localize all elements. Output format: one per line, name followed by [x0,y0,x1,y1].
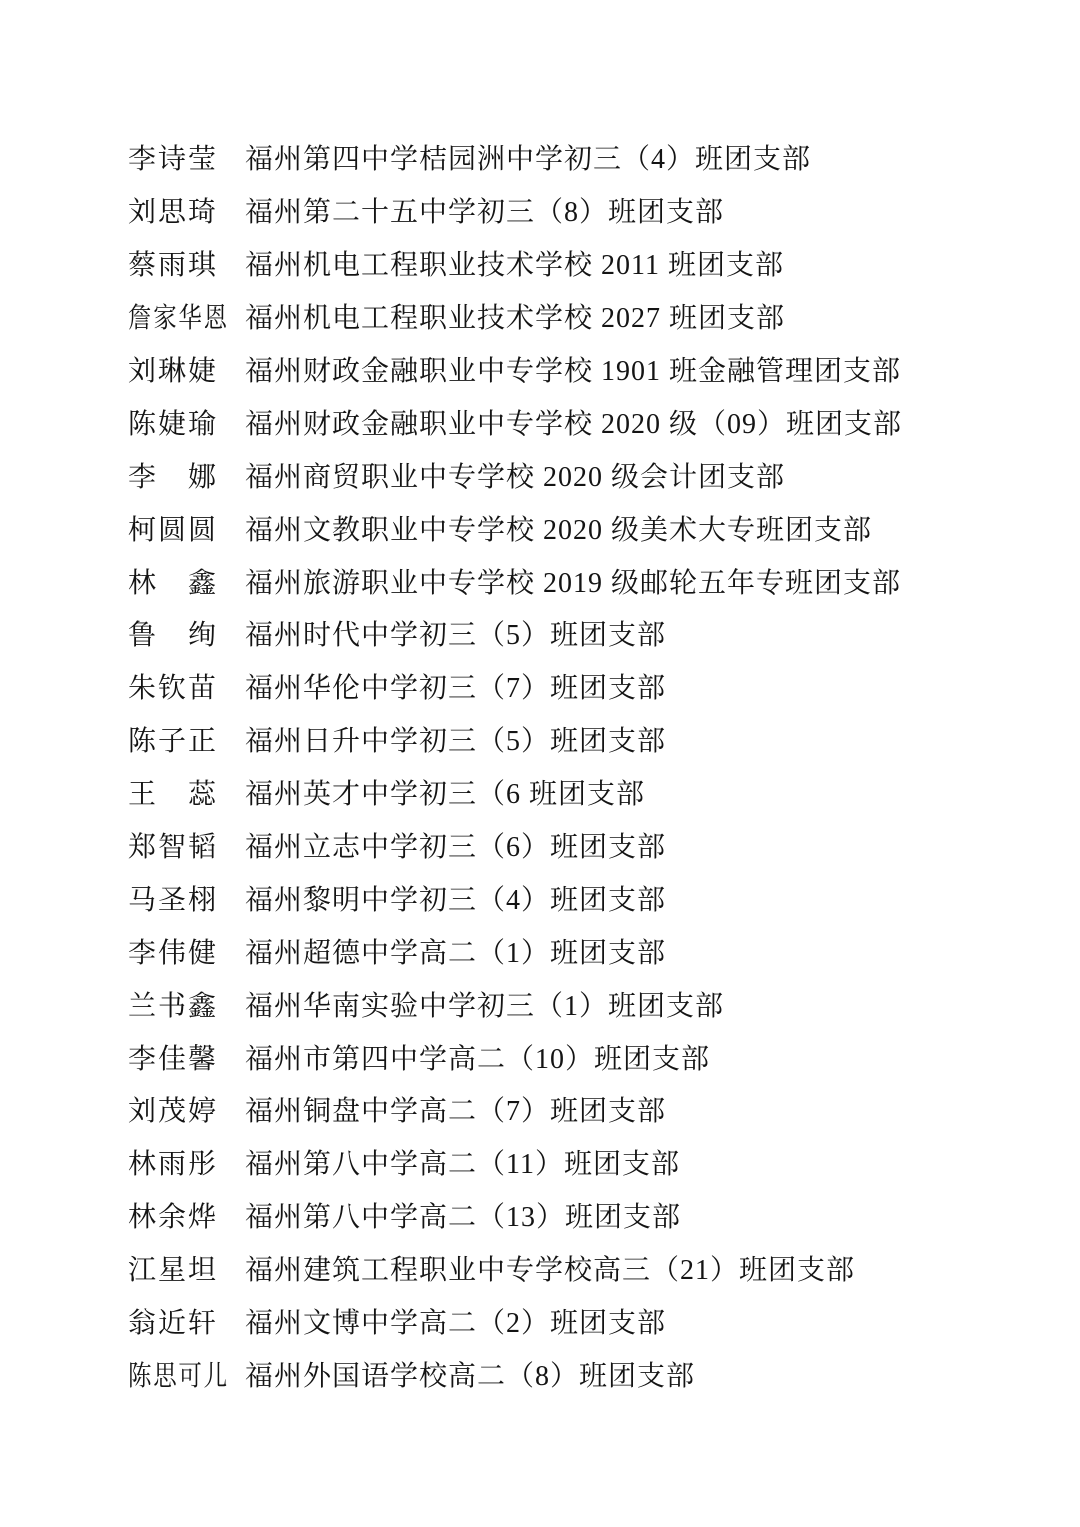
league-branch: 福州铜盘中学高二（7）班团支部 [245,1089,666,1129]
league-branch: 福州超德中学高二（1）班团支部 [245,931,666,971]
roster-row: 兰书鑫 福州华南实验中学初三（1）班团支部 [128,977,1030,1030]
roster-row: 李 娜 福州商贸职业中专学校 2020 级会计团支部 [128,448,1030,501]
roster-row: 林 鑫 福州旅游职业中专学校 2019 级邮轮五年专班团支部 [128,554,1030,607]
league-branch: 福州第八中学高二（11）班团支部 [245,1142,680,1182]
league-branch: 福州机电工程职业技术学校 2011 班团支部 [245,243,784,283]
roster-row: 王 蕊 福州英才中学初三（6 班团支部 [128,766,1030,819]
member-name: 詹家华恩 [128,296,226,336]
league-branch: 福州文博中学高二（2）班团支部 [245,1301,666,1341]
league-branch: 福州第二十五中学初三（8）班团支部 [245,190,724,230]
roster-row: 江星坦 福州建筑工程职业中专学校高三（21）班团支部 [128,1242,1030,1295]
member-name: 李诗莹 [128,137,245,177]
roster-row: 李佳馨 福州市第四中学高二（10）班团支部 [128,1030,1030,1083]
member-name: 林雨彤 [128,1142,245,1182]
league-branch: 福州财政金融职业中专学校 2020 级（09）班团支部 [245,402,902,442]
roster-row: 李伟健 福州超德中学高二（1）班团支部 [128,924,1030,977]
roster-row: 陈思可儿 福州外国语学校高二（8）班团支部 [128,1347,1030,1400]
member-name: 李佳馨 [128,1037,245,1077]
league-branch: 福州建筑工程职业中专学校高三（21）班团支部 [245,1248,855,1288]
member-name: 王 蕊 [128,772,245,812]
roster-list: 李诗莹 福州第四中学桔园洲中学初三（4）班团支部 刘思琦 福州第二十五中学初三（… [128,131,1030,1400]
member-name: 陈思可儿 [128,1354,226,1394]
league-branch: 福州文教职业中专学校 2020 级美术大专班团支部 [245,508,872,548]
member-name: 翁近轩 [128,1301,245,1341]
league-branch: 福州黎明中学初三（4）班团支部 [245,878,666,918]
member-name: 李伟健 [128,931,245,971]
member-name: 江星坦 [128,1248,245,1288]
member-name: 马圣栩 [128,878,245,918]
member-name: 郑智韬 [128,825,245,865]
league-branch: 福州第四中学桔园洲中学初三（4）班团支部 [245,137,811,177]
roster-row: 郑智韬 福州立志中学初三（6）班团支部 [128,819,1030,872]
roster-row: 柯圆圆 福州文教职业中专学校 2020 级美术大专班团支部 [128,501,1030,554]
roster-row: 刘思琦 福州第二十五中学初三（8）班团支部 [128,184,1030,237]
roster-row: 林雨彤 福州第八中学高二（11）班团支部 [128,1136,1030,1189]
member-name: 蔡雨琪 [128,243,245,283]
member-name: 兰书鑫 [128,984,245,1024]
league-branch: 福州立志中学初三（6）班团支部 [245,825,666,865]
member-name: 陈婕瑜 [128,402,245,442]
roster-row: 马圣栩 福州黎明中学初三（4）班团支部 [128,871,1030,924]
member-name: 林余烨 [128,1195,245,1235]
roster-row: 蔡雨琪 福州机电工程职业技术学校 2011 班团支部 [128,237,1030,290]
league-branch: 福州第八中学高二（13）班团支部 [245,1195,681,1235]
roster-row: 刘茂婷 福州铜盘中学高二（7）班团支部 [128,1083,1030,1136]
league-branch: 福州华伦中学初三（7）班团支部 [245,666,666,706]
member-name: 李 娜 [128,455,245,495]
league-branch: 福州外国语学校高二（8）班团支部 [245,1354,695,1394]
roster-row: 朱钦苗 福州华伦中学初三（7）班团支部 [128,660,1030,713]
member-name: 朱钦苗 [128,666,245,706]
roster-row: 刘琳婕 福州财政金融职业中专学校 1901 班金融管理团支部 [128,343,1030,396]
league-branch: 福州财政金融职业中专学校 1901 班金融管理团支部 [245,349,901,389]
league-branch: 福州旅游职业中专学校 2019 级邮轮五年专班团支部 [245,561,901,601]
roster-row: 陈子正 福州日升中学初三（5）班团支部 [128,713,1030,766]
roster-row: 鲁 绚 福州时代中学初三（5）班团支部 [128,607,1030,660]
document-page: 李诗莹 福州第四中学桔园洲中学初三（4）班团支部 刘思琦 福州第二十五中学初三（… [0,0,1080,1527]
league-branch: 福州英才中学初三（6 班团支部 [245,772,645,812]
league-branch: 福州华南实验中学初三（1）班团支部 [245,984,724,1024]
member-name: 鲁 绚 [128,613,245,653]
roster-row: 翁近轩 福州文博中学高二（2）班团支部 [128,1295,1030,1348]
member-name: 刘思琦 [128,190,245,230]
league-branch: 福州时代中学初三（5）班团支部 [245,613,666,653]
member-name: 刘琳婕 [128,349,245,389]
member-name: 柯圆圆 [128,508,245,548]
member-name: 刘茂婷 [128,1089,245,1129]
league-branch: 福州商贸职业中专学校 2020 级会计团支部 [245,455,785,495]
roster-row: 李诗莹 福州第四中学桔园洲中学初三（4）班团支部 [128,131,1030,184]
roster-row: 詹家华恩 福州机电工程职业技术学校 2027 班团支部 [128,290,1030,343]
roster-row: 林余烨 福州第八中学高二（13）班团支部 [128,1189,1030,1242]
roster-row: 陈婕瑜 福州财政金融职业中专学校 2020 级（09）班团支部 [128,395,1030,448]
league-branch: 福州市第四中学高二（10）班团支部 [245,1037,710,1077]
member-name: 陈子正 [128,719,245,759]
member-name: 林 鑫 [128,561,245,601]
league-branch: 福州日升中学初三（5）班团支部 [245,719,666,759]
league-branch: 福州机电工程职业技术学校 2027 班团支部 [245,296,785,336]
